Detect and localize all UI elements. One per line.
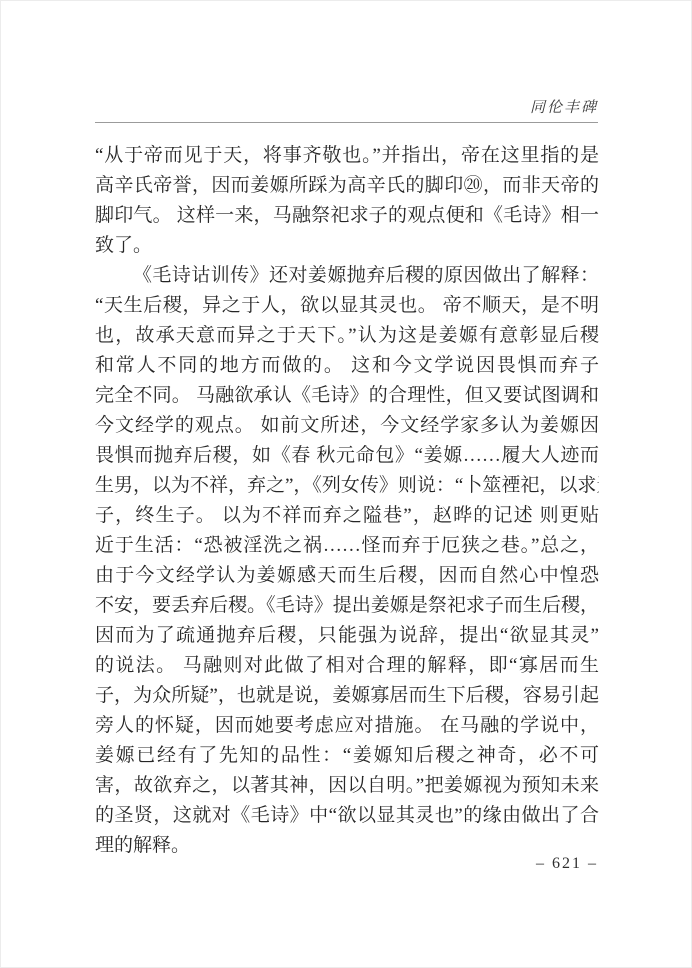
book-page: { "header": { "title": "同伦丰碑" }, "footer…	[0, 0, 692, 968]
page-body: “从于帝而见于天，将事齐敬也。”并指出，帝在这里指的是高辛氏帝誉，因而姜嫄所踩为…	[95, 141, 599, 861]
text-line: 害，故欲弃之，以著其神，因以自明。”把姜嫄视为预知未来	[95, 771, 599, 801]
text-line: 的圣贤，这就对《毛诗》中“欲以显其灵也”的缘由做出了合	[95, 801, 599, 831]
text-line: 致了。	[95, 231, 599, 261]
text-line: “从于帝而见于天，将事齐敬也。”并指出，帝在这里指的是	[95, 141, 599, 171]
text-line: 的说法。 马融则对此做了相对合理的解释，即“寡居而生	[95, 651, 599, 681]
text-line: 旁人的怀疑，因而她要考虑应对措施。 在马融的学说中，	[95, 711, 599, 741]
header-rule	[95, 122, 598, 123]
running-header-title: 同伦丰碑	[95, 96, 598, 117]
text-line: “天生后稷，异之于人，欲以显其灵也。 帝不顺天，是不明	[95, 291, 599, 321]
page-number: – 621 –	[95, 855, 598, 873]
text-line: 由于今文经学认为姜嫄感天而生后稷，因而自然心中惶恐	[95, 561, 599, 591]
text-line: 和常人不同的地方而做的。 这和今文学说因畏惧而弃子	[95, 351, 599, 381]
text-line: 畏惧而抛弃后稷，如《春 秋元命包》“姜嫄……履大人迹而	[95, 441, 599, 471]
text-line: 不安，要丢弃后稷。《毛诗》提出姜嫄是祭祀求子而生后稷，	[95, 591, 599, 621]
paragraph: “从于帝而见于天，将事齐敬也。”并指出，帝在这里指的是高辛氏帝誉，因而姜嫄所踩为…	[95, 141, 599, 261]
text-line: 高辛氏帝誉，因而姜嫄所踩为高辛氏的脚印⑳，而非天帝的	[95, 171, 599, 201]
text-line: 《毛诗诂训传》还对姜嫄抛弃后稷的原因做出了解释：	[95, 261, 599, 291]
text-line: 因而为了疏通抛弃后稷，只能强为说辞，提出“欲显其灵”	[95, 621, 599, 651]
paragraph: 《毛诗诂训传》还对姜嫄抛弃后稷的原因做出了解释：“天生后稷，异之于人，欲以显其灵…	[95, 261, 599, 861]
text-line: 今文经学的观点。 如前文所述，今文经学家多认为姜嫄因	[95, 411, 599, 441]
text-line: 姜嫄已经有了先知的品性：“姜嫄知后稷之神奇，必不可	[95, 741, 599, 771]
text-line: 子，为众所疑”，也就是说，姜嫄寡居而生下后稷，容易引起	[95, 681, 599, 711]
text-line: 子，终生子。 以为不祥而弃之隘巷”，赵晔的记述 则更贴	[95, 501, 599, 531]
text-line: 也，故承天意而异之于天下。”认为这是姜嫄有意彰显后稷	[95, 321, 599, 351]
text-line: 脚印气。 这样一来，马融祭祀求子的观点便和《毛诗》相一	[95, 201, 599, 231]
text-line: 生男，以为不祥，弃之”，《列女传》则说：“卜筮禋祀，以求无	[95, 471, 599, 501]
text-line: 近于生活：“恐被淫洗之祸……怪而弃于厄狭之巷。”总之，	[95, 531, 599, 561]
text-line: 完全不同。 马融欲承认《毛诗》的合理性，但又要试图调和	[95, 381, 599, 411]
